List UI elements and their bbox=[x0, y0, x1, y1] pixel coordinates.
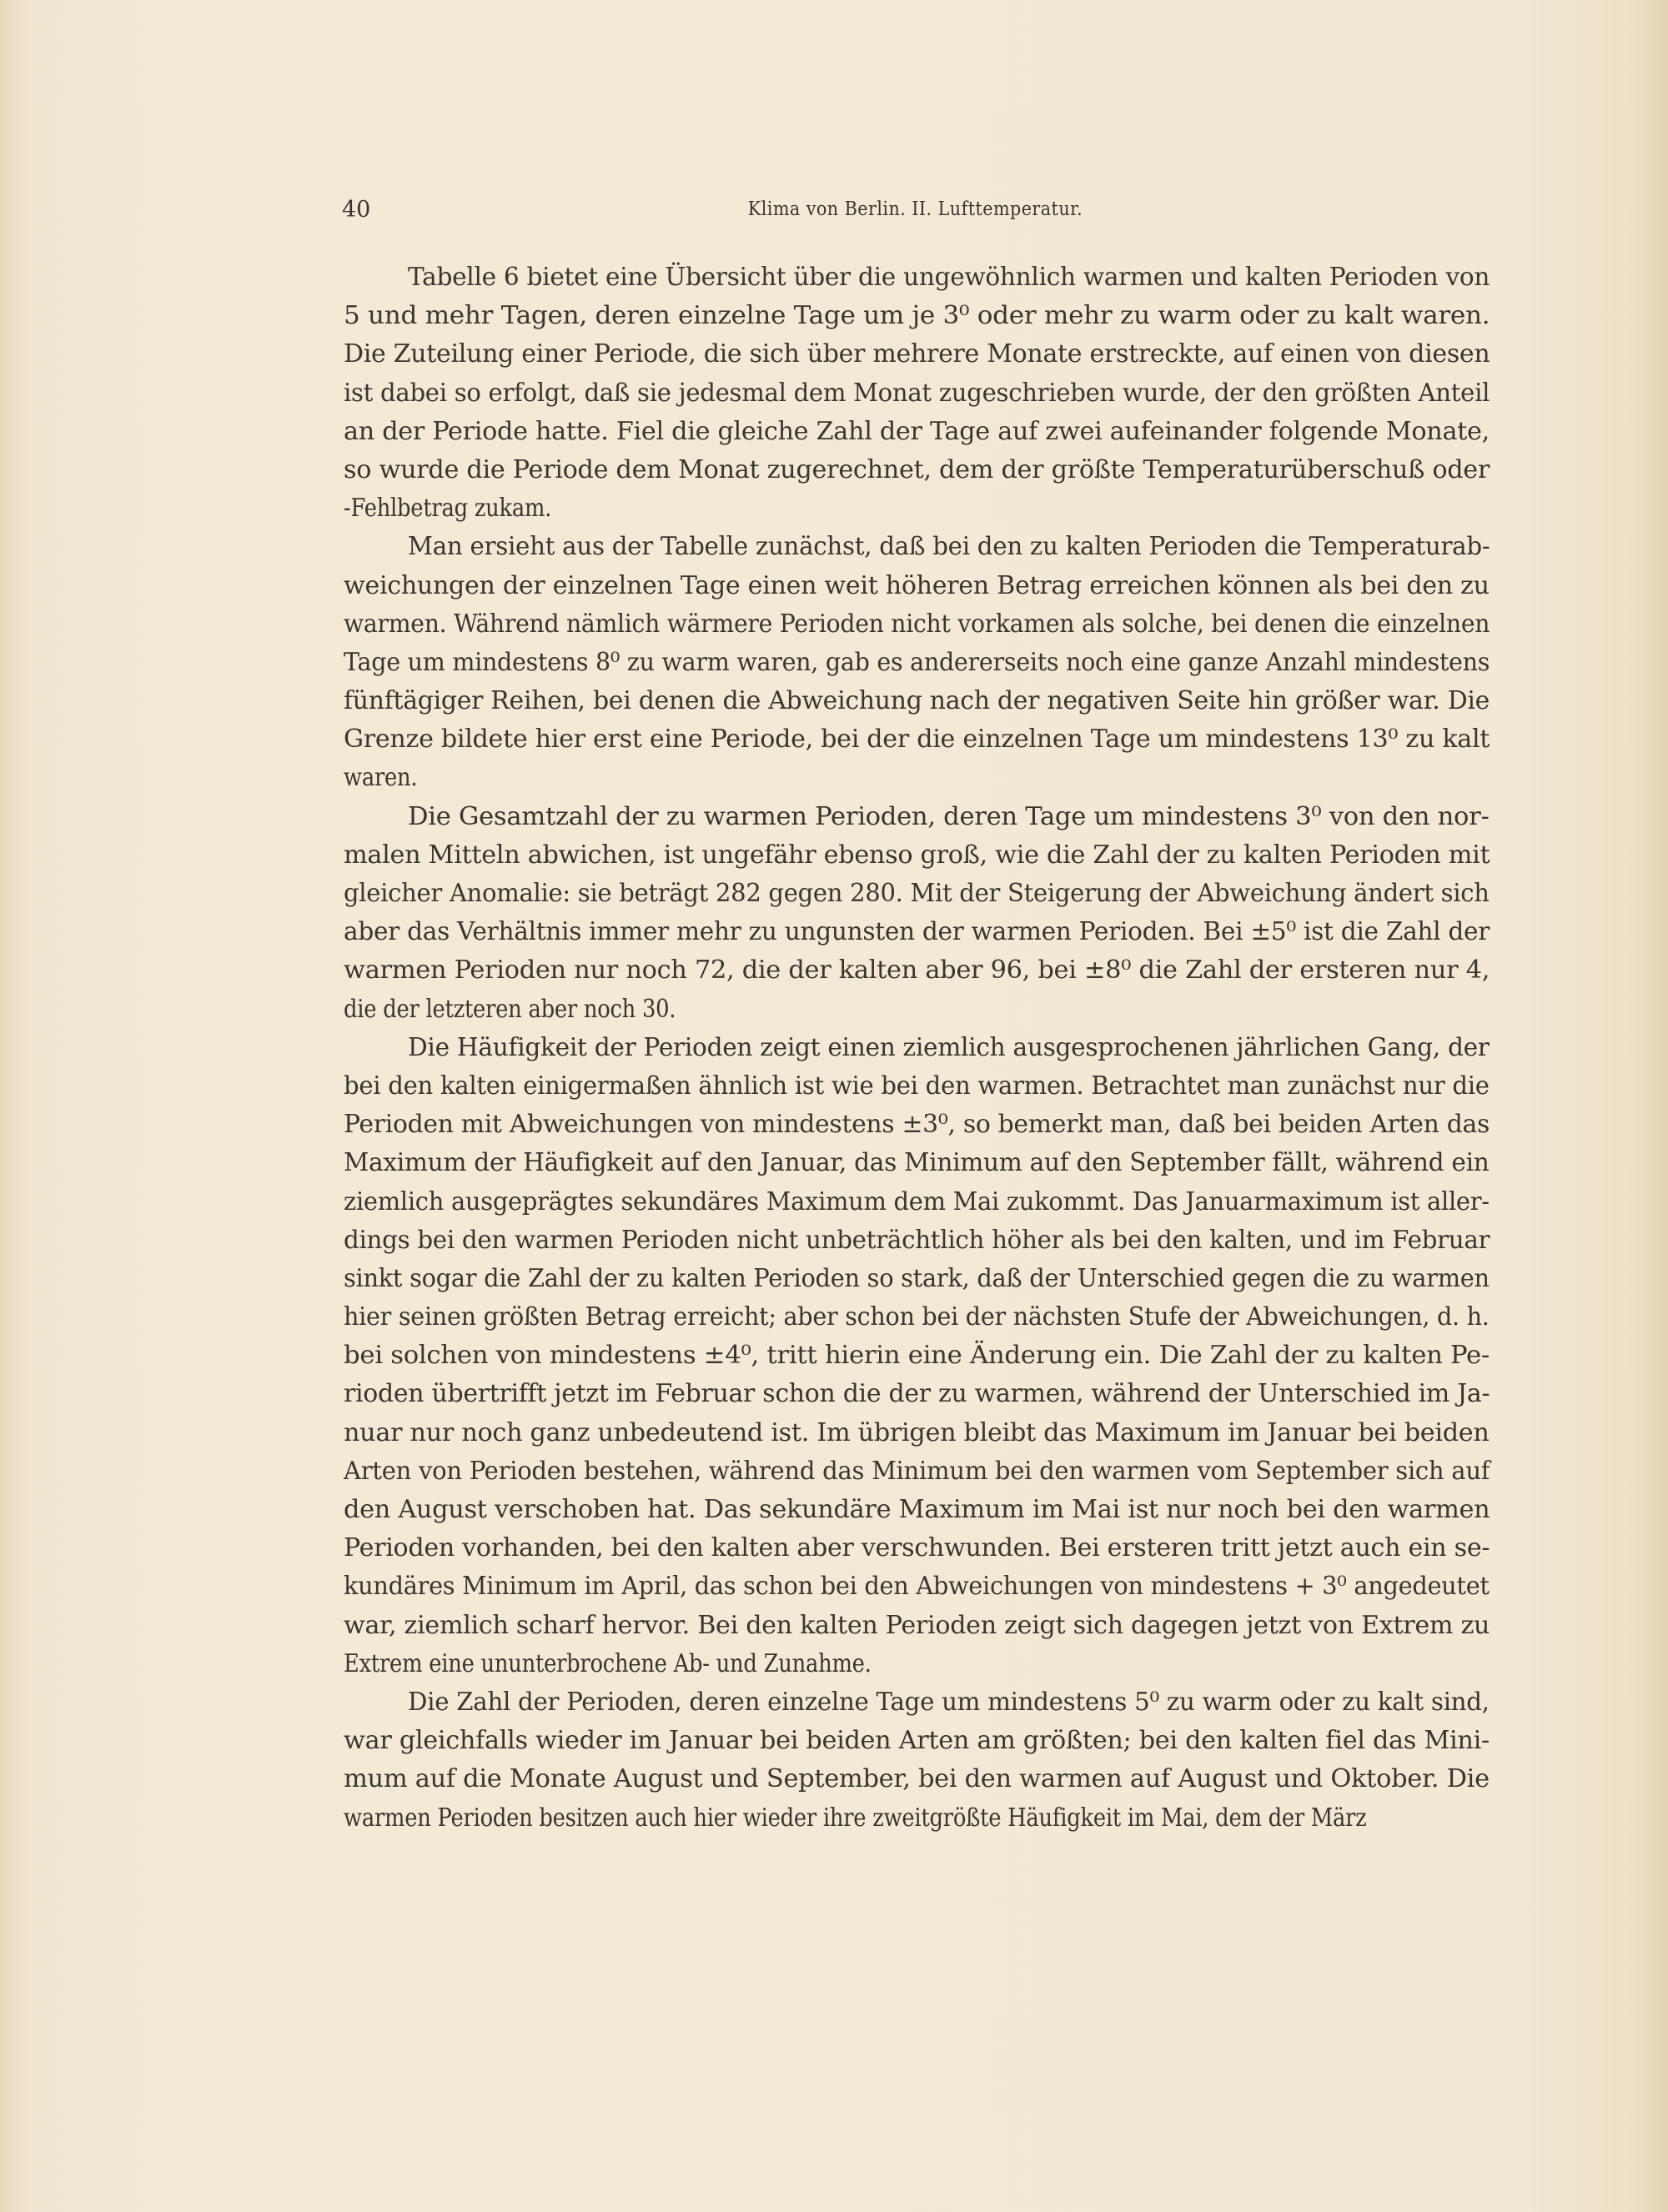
text-line-content: nuar nur noch ganz unbedeutend ist. Im ü… bbox=[344, 1414, 1490, 1452]
text-line: Man ersieht aus der Tabelle zunächst, da… bbox=[344, 528, 1490, 566]
scanned-page: 40 Klima von Berlin. II. Lufttemperatur.… bbox=[0, 0, 1668, 2212]
text-line: Maximum der Häufigkeit auf den Januar, d… bbox=[344, 1144, 1490, 1182]
text-line: an der Periode hatte. Fiel die gleiche Z… bbox=[344, 413, 1490, 451]
text-line-content: malen Mitteln abwichen, ist ungefähr ebe… bbox=[344, 836, 1490, 875]
text-line-content: Perioden vorhanden, bei den kalten aber … bbox=[344, 1529, 1490, 1567]
text-line-content: Die Gesamtzahl der zu warmen Perioden, d… bbox=[408, 798, 1490, 836]
text-line-content: Die Häufigkeit der Perioden zeigt einen … bbox=[408, 1029, 1490, 1067]
text-line: bei solchen von mindestens ±4⁰, tritt hi… bbox=[344, 1337, 1490, 1375]
text-line: dings bei den warmen Perioden nicht unbe… bbox=[344, 1221, 1490, 1260]
text-line-content: waren. bbox=[344, 759, 417, 797]
text-line: fünftägiger Reihen, bei denen die Abweic… bbox=[344, 682, 1490, 720]
text-line: Perioden mit Abweichungen von mindestens… bbox=[344, 1106, 1490, 1144]
text-line-content: 5 und mehr Tagen, deren einzelne Tage um… bbox=[344, 297, 1490, 335]
text-line-content: warmen. Während nämlich wärmere Perioden… bbox=[344, 605, 1490, 644]
text-line: Grenze bildete hier erst eine Periode, b… bbox=[344, 720, 1490, 759]
text-line-content: Arten von Perioden bestehen, während das… bbox=[344, 1452, 1490, 1491]
text-line-content: ziemlich ausgeprägtes sekundäres Maximum… bbox=[344, 1183, 1490, 1221]
text-line-content: Maximum der Häufigkeit auf den Januar, d… bbox=[344, 1144, 1490, 1182]
text-line: Die Häufigkeit der Perioden zeigt einen … bbox=[344, 1029, 1490, 1067]
text-line-content: warmen Perioden nur noch 72, die der kal… bbox=[344, 951, 1490, 990]
text-line-content: Die Zuteilung einer Periode, die sich üb… bbox=[344, 335, 1490, 374]
text-line: Die Zuteilung einer Periode, die sich üb… bbox=[344, 335, 1490, 374]
text-line-content: mum auf die Monate August und September,… bbox=[344, 1760, 1490, 1798]
text-line: Perioden vorhanden, bei den kalten aber … bbox=[344, 1529, 1490, 1567]
text-line-content: bei den kalten einigermaßen ähnlich ist … bbox=[344, 1067, 1490, 1106]
text-line-content: den August verschoben hat. Das sekundäre… bbox=[344, 1491, 1490, 1529]
text-line: warmen. Während nämlich wärmere Perioden… bbox=[344, 605, 1490, 644]
text-line-content: gleicher Anomalie: sie beträgt 282 gegen… bbox=[344, 875, 1490, 913]
text-line: so wurde die Periode dem Monat zugerechn… bbox=[344, 451, 1490, 489]
text-line-content: aber das Verhältnis immer mehr zu unguns… bbox=[344, 913, 1490, 951]
text-line-content: hier seinen größten Betrag erreicht; abe… bbox=[344, 1298, 1490, 1337]
text-line-content: dings bei den warmen Perioden nicht unbe… bbox=[344, 1221, 1490, 1260]
paragraph: Die Häufigkeit der Perioden zeigt einen … bbox=[344, 1029, 1490, 1683]
text-line: Tabelle 6 bietet eine Übersicht über die… bbox=[344, 258, 1490, 297]
text-line-content: Tage um mindestens 8⁰ zu warm waren, gab… bbox=[344, 644, 1490, 682]
text-line: kundäres Minimum im April, das schon bei… bbox=[344, 1567, 1490, 1606]
text-line-content: war, ziemlich scharf hervor. Bei den kal… bbox=[344, 1607, 1490, 1645]
text-line: Tage um mindestens 8⁰ zu warm waren, gab… bbox=[344, 644, 1490, 682]
text-line-content: rioden übertrifft jetzt im Februar schon… bbox=[344, 1375, 1490, 1413]
text-line: Arten von Perioden bestehen, während das… bbox=[344, 1452, 1490, 1491]
text-line: warmen Perioden besitzen auch hier wiede… bbox=[344, 1799, 1490, 1838]
text-line-content: sinkt sogar die Zahl der zu kalten Perio… bbox=[344, 1260, 1490, 1298]
paragraph: Die Gesamtzahl der zu warmen Perioden, d… bbox=[344, 798, 1490, 1029]
text-line-content: Die Zahl der Perioden, deren einzelne Ta… bbox=[408, 1683, 1490, 1722]
text-line-content: ist dabei so erfolgt, daß sie jedesmal d… bbox=[344, 374, 1490, 413]
text-line: waren. bbox=[344, 759, 1490, 797]
text-line-content: so wurde die Periode dem Monat zugerechn… bbox=[344, 451, 1490, 489]
text-line: Extrem eine ununterbrochene Ab- und Zuna… bbox=[344, 1645, 1490, 1683]
text-line-content: Tabelle 6 bietet eine Übersicht über die… bbox=[408, 258, 1490, 297]
text-line: den August verschoben hat. Das sekundäre… bbox=[344, 1491, 1490, 1529]
text-line: war gleichfalls wieder im Januar bei bei… bbox=[344, 1722, 1490, 1760]
page-number: 40 bbox=[342, 197, 370, 223]
running-head: Klima von Berlin. II. Lufttemperatur. bbox=[399, 198, 1432, 220]
text-line: hier seinen größten Betrag erreicht; abe… bbox=[344, 1298, 1490, 1337]
paragraph: Die Zahl der Perioden, deren einzelne Ta… bbox=[344, 1683, 1490, 1838]
text-line: Die Zahl der Perioden, deren einzelne Ta… bbox=[344, 1683, 1490, 1722]
text-line-content: weichungen der einzelnen Tage einen weit… bbox=[344, 567, 1490, 605]
text-line: 5 und mehr Tagen, deren einzelne Tage um… bbox=[344, 297, 1490, 335]
text-line: weichungen der einzelnen Tage einen weit… bbox=[344, 567, 1490, 605]
text-line-content: bei solchen von mindestens ±4⁰, tritt hi… bbox=[344, 1337, 1490, 1375]
text-line-content: fünftägiger Reihen, bei denen die Abweic… bbox=[344, 682, 1490, 720]
text-line: malen Mitteln abwichen, ist ungefähr ebe… bbox=[344, 836, 1490, 875]
text-line-content: warmen Perioden besitzen auch hier wiede… bbox=[344, 1799, 1367, 1838]
text-line: -Fehlbetrag zukam. bbox=[344, 489, 1490, 528]
text-line-content: kundäres Minimum im April, das schon bei… bbox=[344, 1567, 1490, 1606]
text-line: die der letzteren aber noch 30. bbox=[344, 991, 1490, 1029]
text-line: war, ziemlich scharf hervor. Bei den kal… bbox=[344, 1607, 1490, 1645]
text-line-content: Man ersieht aus der Tabelle zunächst, da… bbox=[408, 528, 1490, 566]
paragraph: Man ersieht aus der Tabelle zunächst, da… bbox=[344, 528, 1490, 797]
text-line: Die Gesamtzahl der zu warmen Perioden, d… bbox=[344, 798, 1490, 836]
text-line-content: Perioden mit Abweichungen von mindestens… bbox=[344, 1106, 1490, 1144]
body-text: Tabelle 6 bietet eine Übersicht über die… bbox=[344, 258, 1490, 1838]
text-line-content: an der Periode hatte. Fiel die gleiche Z… bbox=[344, 413, 1490, 451]
page-header: 40 Klima von Berlin. II. Lufttemperatur. bbox=[342, 197, 1489, 230]
text-line: mum auf die Monate August und September,… bbox=[344, 1760, 1490, 1798]
paragraph: Tabelle 6 bietet eine Übersicht über die… bbox=[344, 258, 1490, 528]
text-line: gleicher Anomalie: sie beträgt 282 gegen… bbox=[344, 875, 1490, 913]
text-line-content: Grenze bildete hier erst eine Periode, b… bbox=[344, 720, 1490, 759]
text-line-content: war gleichfalls wieder im Januar bei bei… bbox=[344, 1722, 1490, 1760]
text-line: bei den kalten einigermaßen ähnlich ist … bbox=[344, 1067, 1490, 1106]
text-line-content: die der letzteren aber noch 30. bbox=[344, 991, 676, 1029]
text-line: rioden übertrifft jetzt im Februar schon… bbox=[344, 1375, 1490, 1413]
text-line: aber das Verhältnis immer mehr zu unguns… bbox=[344, 913, 1490, 951]
text-line: ist dabei so erfolgt, daß sie jedesmal d… bbox=[344, 374, 1490, 413]
text-line-content: Extrem eine ununterbrochene Ab- und Zuna… bbox=[344, 1645, 872, 1683]
text-line: warmen Perioden nur noch 72, die der kal… bbox=[344, 951, 1490, 990]
text-line: sinkt sogar die Zahl der zu kalten Perio… bbox=[344, 1260, 1490, 1298]
text-line: nuar nur noch ganz unbedeutend ist. Im ü… bbox=[344, 1414, 1490, 1452]
text-line: ziemlich ausgeprägtes sekundäres Maximum… bbox=[344, 1183, 1490, 1221]
text-line-content: -Fehlbetrag zukam. bbox=[344, 489, 551, 528]
